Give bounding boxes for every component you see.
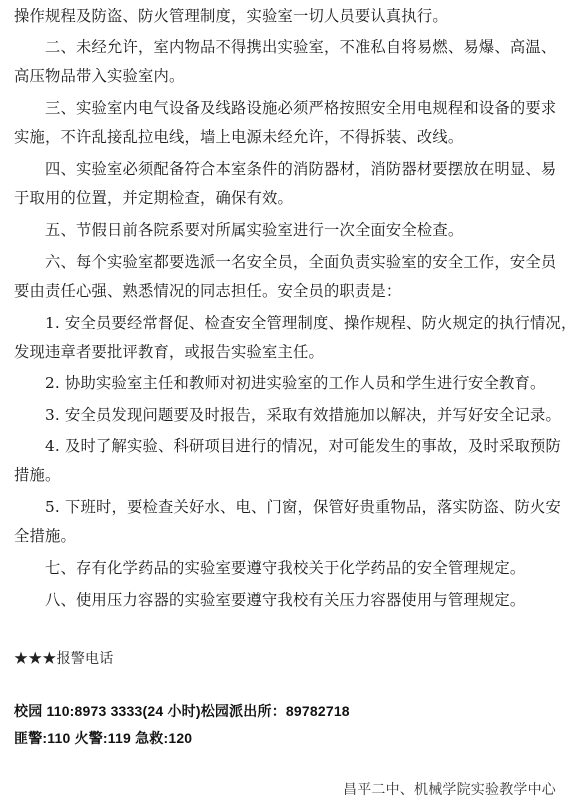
rule-2-line: 二、未经允许，室内物品不得携出实验室，不准私自将易燃、易爆、高温、: [45, 37, 562, 57]
rule-7-line: 七、存有化学药品的实验室要遵守我校关于化学药品的安全管理规定。: [45, 558, 562, 578]
footer-signature: 昌平二中、机械学院实验教学中心: [343, 780, 556, 800]
emergency-phone-line: 匪警:110 火警:119 急救:120: [14, 728, 562, 748]
duty-2-line: 2. 协助实验室主任和教师对初进实验室的工作人员和学生进行安全教育。: [45, 373, 562, 393]
rule-3-line: 实施，不许乱接乱拉电线，墙上电源未经允许，不得拆装、改线。: [14, 127, 562, 147]
rule-4-line: 四、实验室必须配备符合本室条件的消防器材，消防器材要摆放在明显、易: [45, 159, 562, 179]
alarm-heading: ★★★报警电话: [14, 649, 562, 669]
duty-1-line: 发现违章者要批评教育，或报告实验室主任。: [14, 342, 562, 362]
paragraph-line: 操作规程及防盗、防火管理制度，实验室一切人员要认真执行。: [14, 6, 562, 26]
star-icon: ★★★: [14, 651, 57, 667]
duty-5-line: 5. 下班时，要检查关好水、电、门窗，保管好贵重物品，落实防盗、防火安: [45, 497, 562, 517]
rule-4-line: 于取用的位置，并定期检查，确保有效。: [14, 188, 562, 208]
duty-4-line: 措施。: [14, 465, 562, 485]
duty-4-line: 4. 及时了解实验、科研项目进行的情况，对可能发生的事故，及时采取预防: [45, 436, 562, 456]
rule-5-line: 五、节假日前各院系要对所属实验室进行一次全面安全检查。: [45, 220, 562, 240]
rule-6-line: 六、每个实验室都要选派一名安全员，全面负责实验室的安全工作，安全员: [45, 252, 562, 272]
rule-8-line: 八、使用压力容器的实验室要遵守我校有关压力容器使用与管理规定。: [45, 590, 562, 610]
rule-6-line: 要由责任心强、熟悉情况的同志担任。安全员的职责是：: [14, 281, 562, 301]
duty-5-line: 全措施。: [14, 526, 562, 546]
duty-1-line: 1. 安全员要经常督促、检查安全管理制度、操作规程、防火规定的执行情况，: [45, 313, 562, 333]
rule-3-line: 三、实验室内电气设备及线路设施必须严格按照安全用电规程和设备的要求: [45, 98, 562, 118]
rule-2-line: 高压物品带入实验室内。: [14, 66, 562, 86]
alarm-title: 报警电话: [57, 651, 114, 667]
campus-phone-line: 校园 110:8973 3333(24 小时)松园派出所：89782718: [14, 701, 562, 721]
duty-3-line: 3. 安全员发现问题要及时报告，采取有效措施加以解决，并写好安全记录。: [45, 405, 562, 425]
